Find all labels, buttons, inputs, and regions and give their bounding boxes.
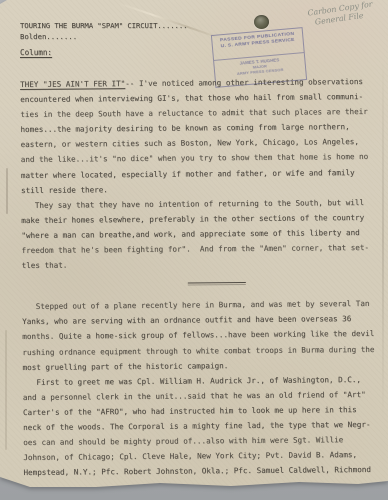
body-line: and a personnel clerk in the unit...said… [23, 387, 381, 405]
body-line: Johnson, of Chicago; Cpl. Cleve Hale, Ne… [23, 447, 381, 465]
body-line: They say that they have no intention of … [21, 195, 379, 213]
paper-edge-mark [6, 168, 8, 214]
body-line: Hempstead, N.Y.; Pfc. Robert Johnston, O… [23, 462, 381, 480]
page-background: TOURING THE BURMA "SPAM" CIRCUIT....... … [0, 0, 388, 500]
article-title: TOURING THE BURMA "SPAM" CIRCUIT....... [20, 21, 187, 30]
body-line: ties in the deep South have a reluctance… [20, 104, 378, 122]
paper-edge-mark [5, 330, 7, 450]
body-line: Stepped out of a plane recently here in … [22, 296, 380, 314]
column-label: Column: [20, 48, 187, 57]
paper-sheet: TOURING THE BURMA "SPAM" CIRCUIT....... … [0, 0, 388, 500]
body-line-lead: THEY "JES AIN'T FER IT"-- I've noticed a… [20, 74, 378, 92]
body-line: and the like...it's "no dice" when you t… [21, 149, 379, 167]
section-divider [188, 282, 246, 286]
lead-continuation: -- I've noticed among other interesting … [125, 77, 363, 88]
article-header: TOURING THE BURMA "SPAM" CIRCUIT....... … [20, 21, 187, 57]
article-body: THEY "JES AIN'T FER IT"-- I've noticed a… [20, 74, 382, 480]
underlined-phrase: THEY "JES AIN'T FER IT" [20, 79, 125, 89]
paper-shadow-wrap: TOURING THE BURMA "SPAM" CIRCUIT....... … [0, 0, 388, 500]
body-line: rushing ordnance equipment through to wh… [22, 341, 380, 359]
body-line: matter where located, especially if moth… [21, 164, 379, 182]
body-line: tles that. [22, 255, 380, 273]
punch-hole [254, 15, 269, 29]
article-byline: Bolden....... [20, 32, 187, 41]
handwritten-note: Carbon Copy for General File [307, 0, 374, 27]
paper-edge-crease [382, 60, 384, 420]
